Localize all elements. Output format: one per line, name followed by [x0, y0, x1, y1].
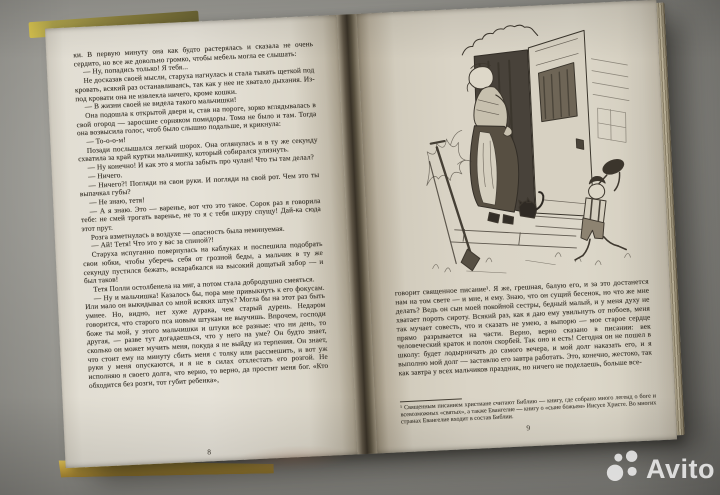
- right-page-text: говорит священное писание¹. Я же, грешна…: [395, 278, 653, 379]
- left-page: ки. В первую минуту она как будто растер…: [45, 15, 357, 468]
- avito-watermark: Avito: [606, 450, 715, 488]
- house-wall: [591, 57, 631, 144]
- book-pages: ки. В первую минуту она как будто растер…: [45, 0, 677, 468]
- left-page-text: ки. В первую минуту она как будто растер…: [73, 40, 329, 390]
- book-illustration: [415, 16, 640, 281]
- paragraph: — Ну и мальчишка! Казалось бы, пора мне …: [85, 283, 329, 390]
- paragraph: говорит священное писание¹. Я же, грешна…: [395, 278, 653, 379]
- right-page: говорит священное писание¹. Я же, грешна…: [357, 0, 677, 453]
- bushes: [424, 130, 472, 186]
- avito-logo-icon: [606, 450, 644, 488]
- open-book: ки. В первую минуту она как будто растер…: [45, 0, 677, 468]
- avito-watermark-label: Avito: [646, 454, 715, 485]
